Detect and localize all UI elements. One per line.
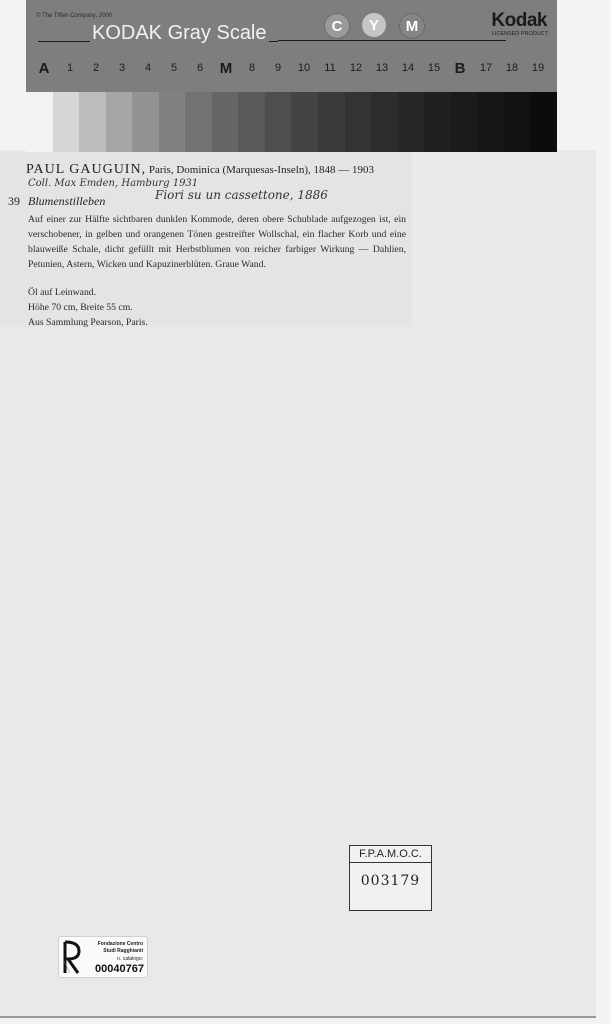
catalog-number: 00040767 xyxy=(95,963,144,975)
ragghianti-r-logo-icon xyxy=(62,939,82,975)
dimensions-text: Höhe 70 cm, Breite 55 cm. xyxy=(28,302,133,313)
gray-step xyxy=(79,92,106,152)
scale-label: 6 xyxy=(197,62,203,74)
label-line-3: n. catalogo: xyxy=(117,956,143,962)
artist-details: Paris, Dominica (Marquesas-Inseln), 1848… xyxy=(149,164,374,176)
scale-label: 18 xyxy=(506,62,518,74)
gray-step xyxy=(132,92,159,152)
kodak-gray-scale-card: © The Tiffen Company, 2000 KODAK Gray Sc… xyxy=(26,0,557,152)
scale-label: 9 xyxy=(275,62,281,74)
provenance-text: Aus Sammlung Pearson, Paris. xyxy=(28,317,148,328)
medium-text: Öl auf Leinwand. xyxy=(28,287,96,298)
gray-step xyxy=(530,92,557,152)
gray-step xyxy=(26,92,53,152)
gray-step xyxy=(159,92,186,152)
scale-label: A xyxy=(39,60,50,77)
scale-label: 19 xyxy=(532,62,544,74)
gray-step xyxy=(185,92,212,152)
gray-step xyxy=(477,92,504,152)
scale-labels: A123456M89101112131415B171819 xyxy=(26,62,557,80)
yellow-patch-icon: Y xyxy=(362,13,386,37)
gray-step xyxy=(504,92,531,152)
label-line-1: Fondazione Centro xyxy=(98,941,143,947)
scale-label: 10 xyxy=(298,62,310,74)
handwritten-italian-title: Fiori su un cassettone, 1886 xyxy=(155,188,328,202)
artist-heading: PAUL GAUGUIN, Paris, Dominica (Marquesas… xyxy=(26,162,374,178)
scale-label: 2 xyxy=(93,62,99,74)
fpamoc-stamp: F.P.A.M.O.C. 003179 xyxy=(349,845,432,911)
gray-step xyxy=(398,92,425,152)
scale-label: B xyxy=(455,60,466,77)
scale-label: 17 xyxy=(480,62,492,74)
scale-label: 12 xyxy=(350,62,362,74)
gray-step xyxy=(212,92,239,152)
scale-label: M xyxy=(220,60,233,77)
scale-label: 1 xyxy=(67,62,73,74)
scale-label: 3 xyxy=(119,62,125,74)
licensed-product-text: LICENSED PRODUCT xyxy=(492,31,548,37)
artist-name: PAUL GAUGUIN, xyxy=(26,162,146,177)
archive-label: Fondazione Centro Studi Ragghianti n. ca… xyxy=(58,936,148,978)
gray-step xyxy=(291,92,318,152)
label-line-2: Studi Ragghianti xyxy=(103,948,143,954)
stamp-code: 003179 xyxy=(350,873,431,889)
gray-step xyxy=(345,92,372,152)
scale-label: 15 xyxy=(428,62,440,74)
gray-step xyxy=(451,92,478,152)
stamp-header: F.P.A.M.O.C. xyxy=(350,846,431,863)
painting-description: Auf einer zur Hälfte sichtbaren dunklen … xyxy=(28,212,406,272)
scale-label: 4 xyxy=(145,62,151,74)
gray-scale-title: KODAK Gray Scale xyxy=(90,22,269,45)
scale-label: 5 xyxy=(171,62,177,74)
scale-label: 14 xyxy=(402,62,414,74)
kodak-logo: Kodak xyxy=(491,10,547,32)
copyright-text: © The Tiffen Company, 2000 xyxy=(36,13,112,19)
painting-title: Blumenstilleben xyxy=(28,194,105,209)
gray-step xyxy=(53,92,80,152)
entry-number: 39 xyxy=(8,194,20,209)
divider-rule xyxy=(278,40,506,41)
gray-steps xyxy=(26,92,557,152)
gray-step xyxy=(424,92,451,152)
gray-step xyxy=(318,92,345,152)
magenta-patch-icon: M xyxy=(399,13,425,39)
cyan-patch-icon: C xyxy=(324,13,350,39)
scale-label: 13 xyxy=(376,62,388,74)
scale-label: 8 xyxy=(249,62,255,74)
scale-label: 11 xyxy=(324,62,335,74)
gray-step xyxy=(265,92,292,152)
gray-step xyxy=(106,92,133,152)
gray-step xyxy=(238,92,265,152)
gray-step xyxy=(371,92,398,152)
